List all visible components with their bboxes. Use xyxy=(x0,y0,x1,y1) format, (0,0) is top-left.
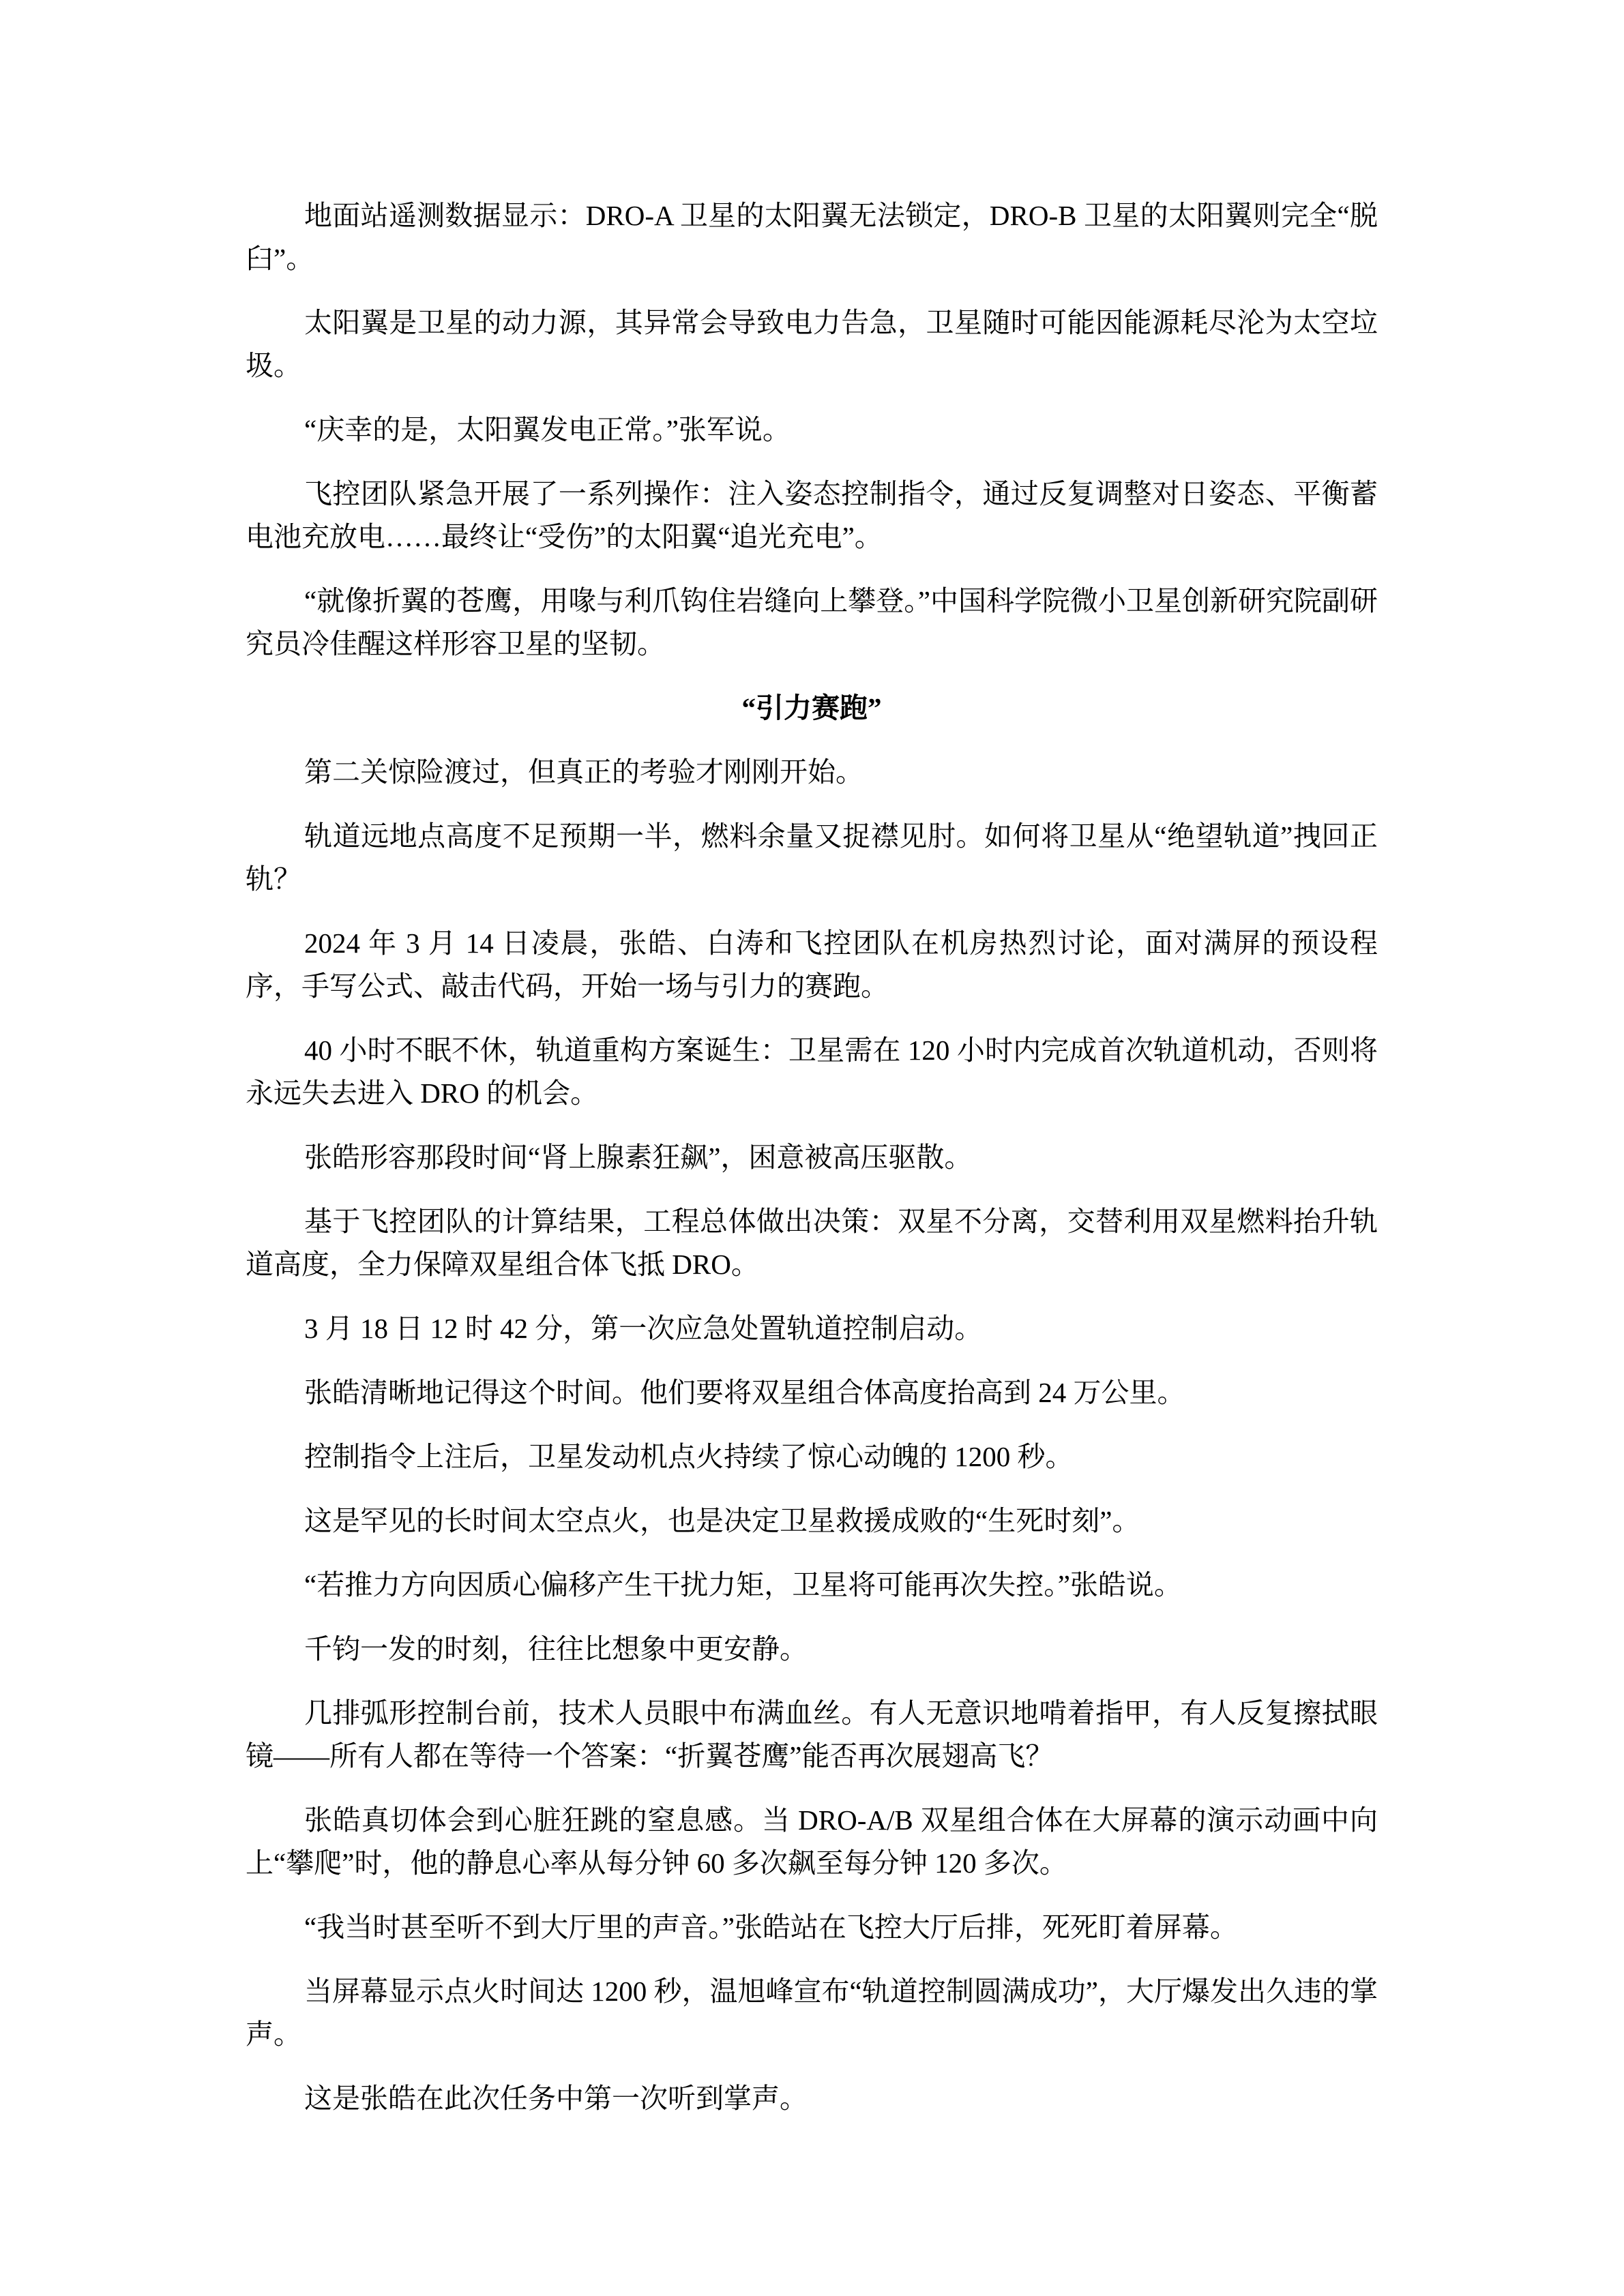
paragraph: “我当时甚至听不到大厅里的声音。”张皓站在飞控大厅后排，死死盯着屏幕。 xyxy=(246,1906,1378,1949)
paragraph: 这是张皓在此次任务中第一次听到掌声。 xyxy=(246,2077,1378,2120)
paragraph: 2024 年 3 月 14 日凌晨，张皓、白涛和飞控团队在机房热烈讨论，面对满屏… xyxy=(246,922,1378,1008)
paragraph: 地面站遥测数据显示：DRO-A 卫星的太阳翼无法锁定，DRO-B 卫星的太阳翼则… xyxy=(246,194,1378,280)
paragraph: 张皓清晰地记得这个时间。他们要将双星组合体高度抬高到 24 万公里。 xyxy=(246,1371,1378,1414)
paragraph: 几排弧形控制台前，技术人员眼中布满血丝。有人无意识地啃着指甲，有人反复擦拭眼镜—… xyxy=(246,1692,1378,1778)
paragraph: “若推力方向因质心偏移产生干扰力矩，卫星将可能再次失控。”张皓说。 xyxy=(246,1564,1378,1607)
paragraph: 轨道远地点高度不足预期一半，燃料余量又捉襟见肘。如何将卫星从“绝望轨道”拽回正轨… xyxy=(246,815,1378,901)
paragraph: 飞控团队紧急开展了一系列操作：注入姿态控制指令，通过反复调整对日姿态、平衡蓄电池… xyxy=(246,473,1378,558)
paragraph: 40 小时不眠不休，轨道重构方案诞生：卫星需在 120 小时内完成首次轨道机动，… xyxy=(246,1029,1378,1115)
paragraph: “就像折翼的苍鹰，用喙与利爪钩住岩缝向上攀登。”中国科学院微小卫星创新研究院副研… xyxy=(246,580,1378,666)
section-heading: “引力赛跑” xyxy=(246,687,1378,730)
paragraph: 张皓形容那段时间“肾上腺素狂飙”，困意被高压驱散。 xyxy=(246,1136,1378,1179)
paragraph: 基于飞控团队的计算结果，工程总体做出决策：双星不分离，交替利用双星燃料抬升轨道高… xyxy=(246,1200,1378,1286)
paragraph: 张皓真切体会到心脏狂跳的窒息感。当 DRO-A/B 双星组合体在大屏幕的演示动画… xyxy=(246,1799,1378,1885)
paragraph: 第二关惊险渡过，但真正的考验才刚刚开始。 xyxy=(246,751,1378,794)
document-page: 地面站遥测数据显示：DRO-A 卫星的太阳翼无法锁定，DRO-B 卫星的太阳翼则… xyxy=(0,0,1624,2296)
paragraph: 3 月 18 日 12 时 42 分，第一次应急处置轨道控制启动。 xyxy=(246,1307,1378,1350)
paragraph: 千钧一发的时刻，往往比想象中更安静。 xyxy=(246,1628,1378,1671)
paragraph: 当屏幕显示点火时间达 1200 秒，温旭峰宣布“轨道控制圆满成功”，大厅爆发出久… xyxy=(246,1970,1378,2056)
paragraph: “庆幸的是，太阳翼发电正常。”张军说。 xyxy=(246,408,1378,451)
paragraph: 这是罕见的长时间太空点火，也是决定卫星救援成败的“生死时刻”。 xyxy=(246,1500,1378,1542)
paragraph: 控制指令上注后，卫星发动机点火持续了惊心动魄的 1200 秒。 xyxy=(246,1435,1378,1478)
paragraph: 太阳翼是卫星的动力源，其异常会导致电力告急，卫星随时可能因能源耗尽沦为太空垃圾。 xyxy=(246,301,1378,387)
